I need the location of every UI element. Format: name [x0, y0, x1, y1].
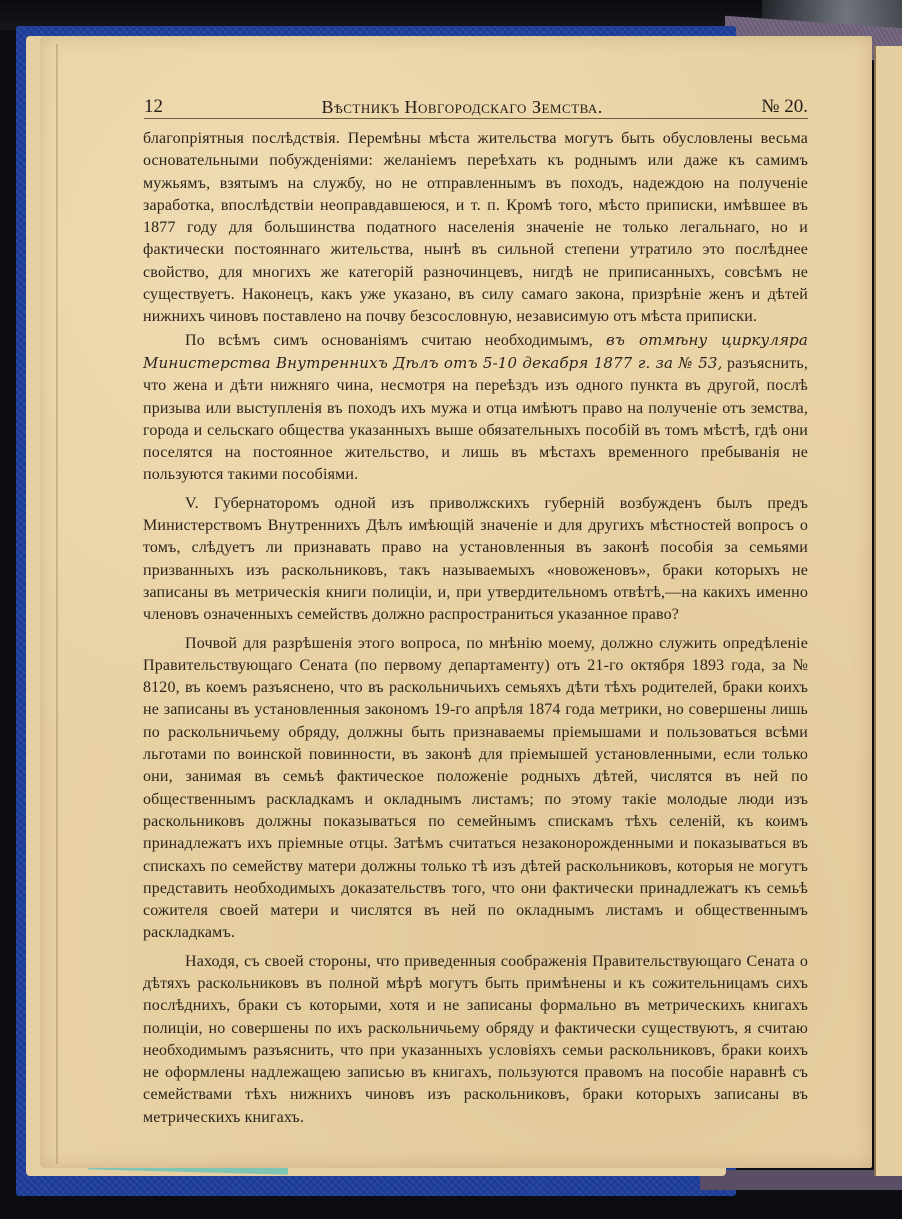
article-body: благопріятныя послѣдствія. Перемѣны мѣст…: [143, 128, 808, 1129]
adjacent-page-edge: [874, 46, 902, 1176]
resolution-lead: По всѣмъ симъ основаніямъ считаю необход…: [185, 332, 606, 349]
paragraph-resolution: По всѣмъ симъ основаніямъ считаю необход…: [143, 329, 808, 487]
resolution-tail: разъяснить, что жена и дѣти нижняго чина…: [143, 355, 808, 483]
paragraph-continuation: благопріятныя послѣдствія. Перемѣны мѣст…: [143, 128, 808, 329]
page-fold-edge: [56, 44, 58, 1164]
journal-title: Вѣстникъ Новгородскаго Земства.: [322, 97, 603, 118]
issue-number: № 20.: [761, 96, 808, 118]
header-rule: [144, 118, 808, 119]
page-number: 12: [144, 96, 163, 118]
section-v-paragraph: V. Губернаторомъ одной изъ приволжскихъ …: [143, 493, 808, 627]
book-cover-corner: [700, 1170, 902, 1190]
senate-ruling-paragraph: Почвой для разрѣшенія этого вопроса, по …: [143, 633, 808, 945]
conclusion-paragraph: Находя, съ своей стороны, что приведенны…: [143, 951, 808, 1129]
running-header: 12 Вѣстникъ Новгородскаго Земства. № 20.: [144, 88, 808, 118]
